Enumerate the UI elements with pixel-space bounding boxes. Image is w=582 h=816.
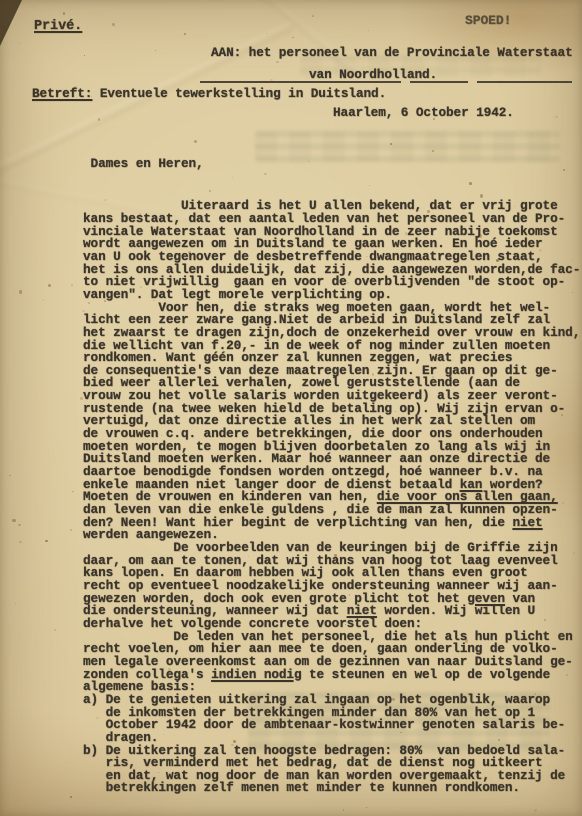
spoed-stamp: SPOED! [465,15,511,28]
address-line-1: AAN: het personeel van de Provinciale Wa… [211,47,573,60]
salutation: Dames en Heren, [83,158,582,171]
letter-paragraph: b) De uitkering zal ten hoogste bedragen… [83,745,582,796]
paper-crease [141,0,360,76]
letter-paragraph: Uiteraard is het U allen bekend, dat er … [83,200,582,301]
letter-paragraph: Voor hen, die straks weg moeten gaan, wo… [83,302,582,542]
letter-paragraph: De voorbeelden van de keuringen bij de G… [83,542,582,631]
subject-text: Eventuele tewerkstelling in Duitsland. [92,86,386,101]
letter-paragraph: a) De te genieten uitkering zal ingaan o… [83,694,582,745]
letter-paragraph: De leden van het personeel, die het als … [83,631,582,694]
subject-label: Betreft: [32,86,92,101]
dateline: Haarlem, 6 October 1942. [333,107,514,120]
paragraphs-container: Uiteraard is het U allen bekend, dat er … [83,200,582,795]
prive-stamp: Privé. [34,21,82,34]
address-line-2: van Noordholland. [309,69,437,82]
address-underline-rule [200,81,572,83]
torn-corner [0,0,22,46]
scanned-letter-page: Privé. SPOED! AAN: het personeel van de … [0,0,582,816]
subject-line: Betreft: Eventuele tewerkstelling in Dui… [32,88,386,101]
letter-body: Dames en Heren, Uiteraard is het U allen… [83,133,582,816]
